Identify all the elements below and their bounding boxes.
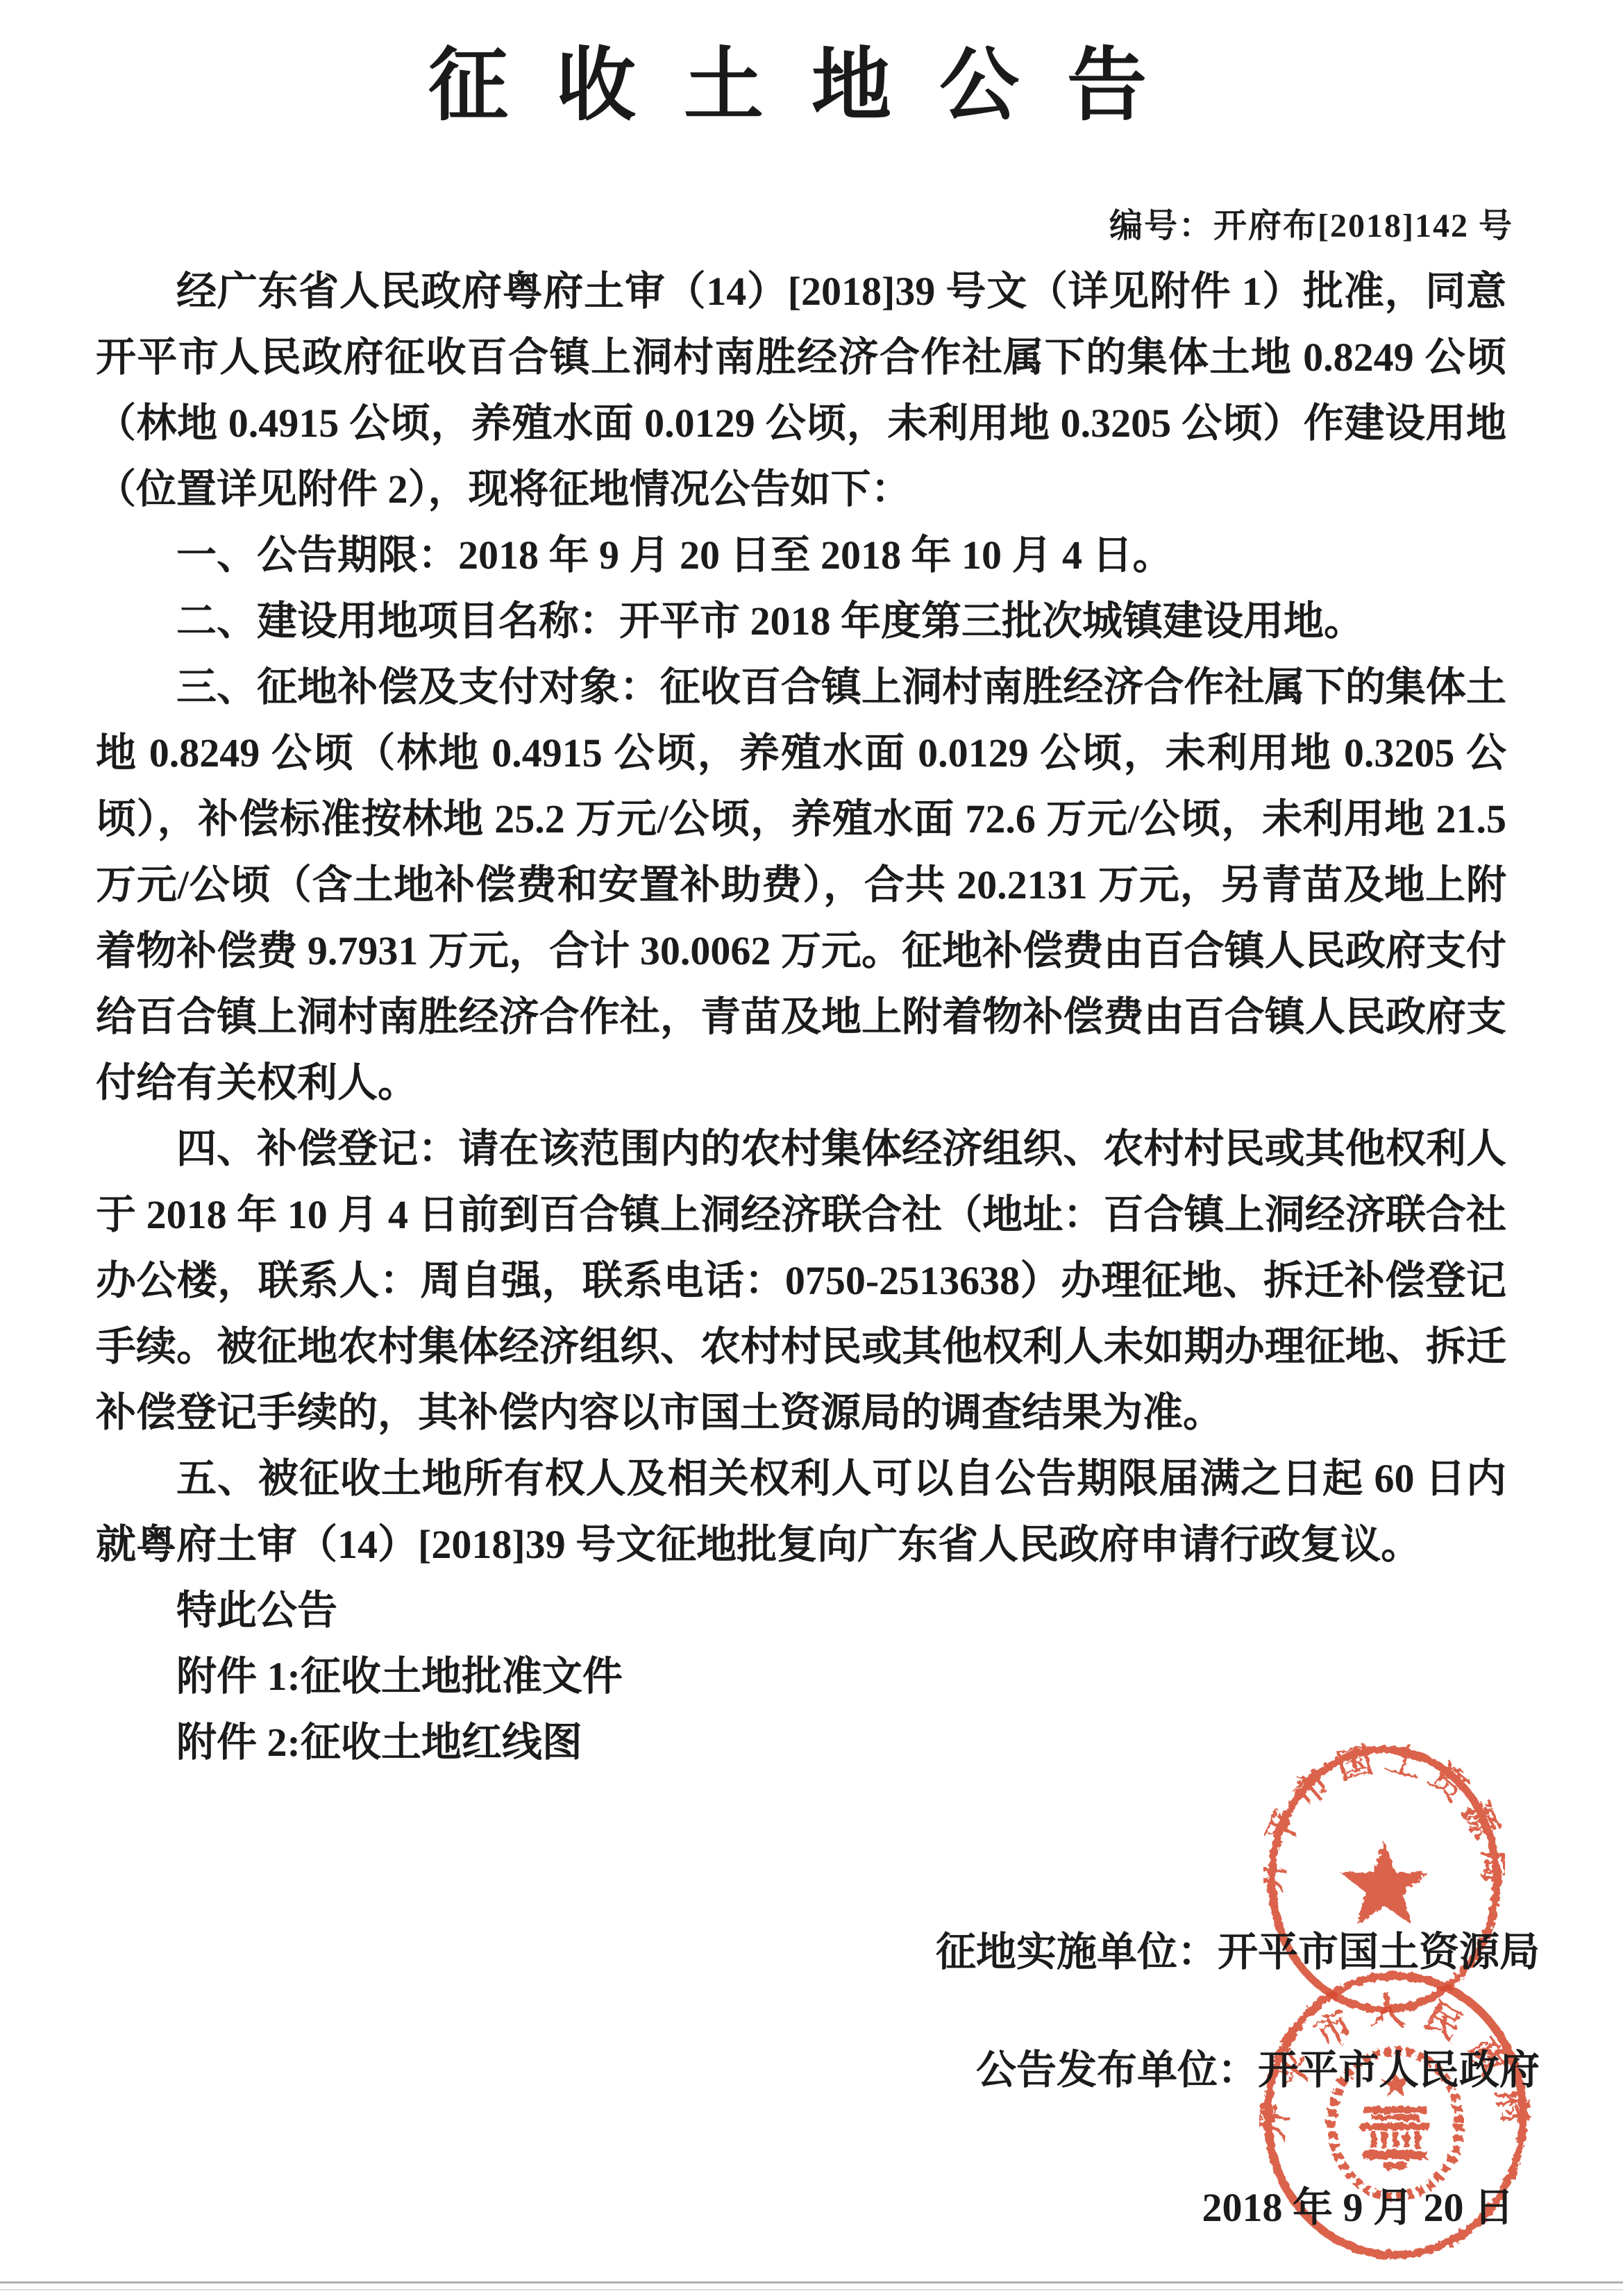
publishing-unit-line: 公告发布单位：开平市人民政府 <box>976 2037 1540 2095</box>
body-paragraph: 经广东省人民政府粤府土审（14）[2018]39 号文（详见附件 1）批准，同意… <box>96 258 1506 522</box>
body-paragraphs: 经广东省人民政府粤府土审（14）[2018]39 号文（详见附件 1）批准，同意… <box>96 258 1506 1577</box>
body-paragraph: 二、建设用地项目名称：开平市 2018 年度第三批次城镇建设用地。 <box>96 588 1506 654</box>
body-paragraph: 一、公告期限：2018 年 9 月 20 日至 2018 年 10 月 4 日。 <box>96 522 1506 588</box>
scan-edge-line-light <box>0 2289 1623 2290</box>
scan-edge-line <box>0 2281 1623 2284</box>
notice-body: 经广东省人民政府粤府土审（14）[2018]39 号文（详见附件 1）批准，同意… <box>96 258 1506 1775</box>
issue-date: 2018 年 9 月 20 日 <box>1202 2175 1514 2233</box>
document-number: 编号：开府布[2018]142 号 <box>1109 199 1513 246</box>
implementing-unit-line: 征地实施单位：开平市国土资源局 <box>936 1919 1540 1977</box>
body-paragraph: 四、补偿登记：请在该范围内的农村集体经济组织、农村村民或其他权利人于 2018 … <box>96 1116 1506 1446</box>
scanned-notice-page: 征收土地公告 编号：开府布[2018]142 号 经广东省人民政府粤府土审（14… <box>0 0 1623 2296</box>
body-paragraph: 三、征地补偿及支付对象：征收百合镇上洞村南胜经济合作社属下的集体土地 0.824… <box>96 654 1506 1116</box>
star-icon <box>1340 1841 1428 1924</box>
closing-statement: 特此公告 <box>96 1577 1506 1643</box>
attachment-item: 附件 1:征收土地批准文件 <box>96 1643 1506 1709</box>
page-title: 征收土地公告 <box>0 31 1623 142</box>
body-paragraph: 五、被征收土地所有权人及相关权利人可以自公告期限届满之日起 60 日内就粤府土审… <box>96 1446 1506 1577</box>
